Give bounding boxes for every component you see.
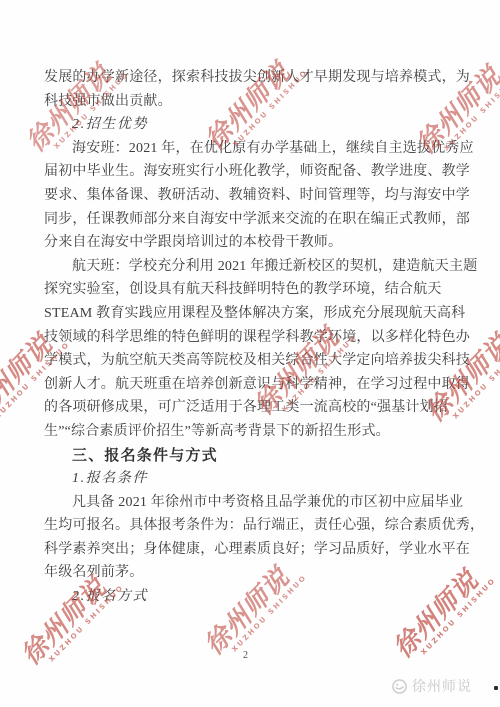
text-line: 创新人才。航天班重在培养创新意识与科学精神，在学习过程中取得: [44, 373, 474, 397]
text-line: 航天班：学校充分利用 2021 年搬迁新校区的契机，建造航天主题: [44, 255, 474, 279]
text-line: 技领域的科学思维的特色鲜明的课程学科教学环境，以多样化特色办: [44, 326, 474, 350]
text-line: 2.招生优势: [44, 113, 474, 137]
text-line: 2.报名方式: [44, 585, 474, 609]
page-number: 2: [243, 650, 248, 661]
text-line: 同步，任课教师部分来自海安中学派来交流的在职在编正式教师，部: [44, 208, 474, 232]
text-line: 海安班：2021 年，在优化原有办学基础上，继续自主选拔优秀应: [44, 137, 474, 161]
text-line: 分来自在海安中学跟岗培训过的本校骨干教师。: [44, 231, 474, 255]
text-line: 探究实验室，创设具有航天科技鲜明特色的教学环境，结合航天: [44, 278, 474, 302]
text-line: 三、报名条件与方式: [44, 444, 474, 468]
text-line: 1.报名条件: [44, 467, 474, 491]
text-line: 发展的办学新途径，探索科技拔尖创新人才早期发现与培养模式，为: [44, 66, 474, 90]
text-line: STEAM 教育实践应用课程及整体解决方案，形成充分展现航天高科: [44, 302, 474, 326]
text-line: 年级名列前茅。: [44, 561, 474, 585]
account-logo-icon: [391, 678, 408, 695]
text-line: 生均可报名。具体报考条件为：品行端正，责任心强，综合素质优秀，: [44, 514, 474, 538]
text-line: 科技强市做出贡献。: [44, 90, 474, 114]
text-line: 学模式，为航空航天类高等院校及相关综合性大学定向培养拔尖科技: [44, 349, 474, 373]
text-line: 生”“综合素质评价招生”等新高考背景下的新招生形式。: [44, 420, 474, 444]
edge-dot: [494, 686, 498, 690]
document-page: 徐州师说XUZHOU SHISHUO徐州师说XUZHOU SHISHUO徐州师说…: [0, 0, 500, 707]
account-name: 徐州师说: [412, 676, 472, 696]
footer-account-watermark: 徐州师说: [391, 676, 472, 696]
text-line: 凡具备 2021 年徐州市中考资格且品学兼优的市区初中应届毕业: [44, 491, 474, 515]
document-text: 发展的办学新途径，探索科技拔尖创新人才早期发现与培养模式，为科技强市做出贡献。2…: [44, 66, 474, 609]
text-line: 要求、集体备课、教研活动、教辅资料、时间管理等，均与海安中学: [44, 184, 474, 208]
text-line: 科学素养突出；身体健康，心理素质良好；学习品质好，学业水平在: [44, 538, 474, 562]
text-line: 届初中毕业生。海安班实行小班化教学，师资配备、教学进度、教学: [44, 160, 474, 184]
text-line: 的各项研修成果，可广泛适用于各理工类一流高校的“强基计划招: [44, 396, 474, 420]
